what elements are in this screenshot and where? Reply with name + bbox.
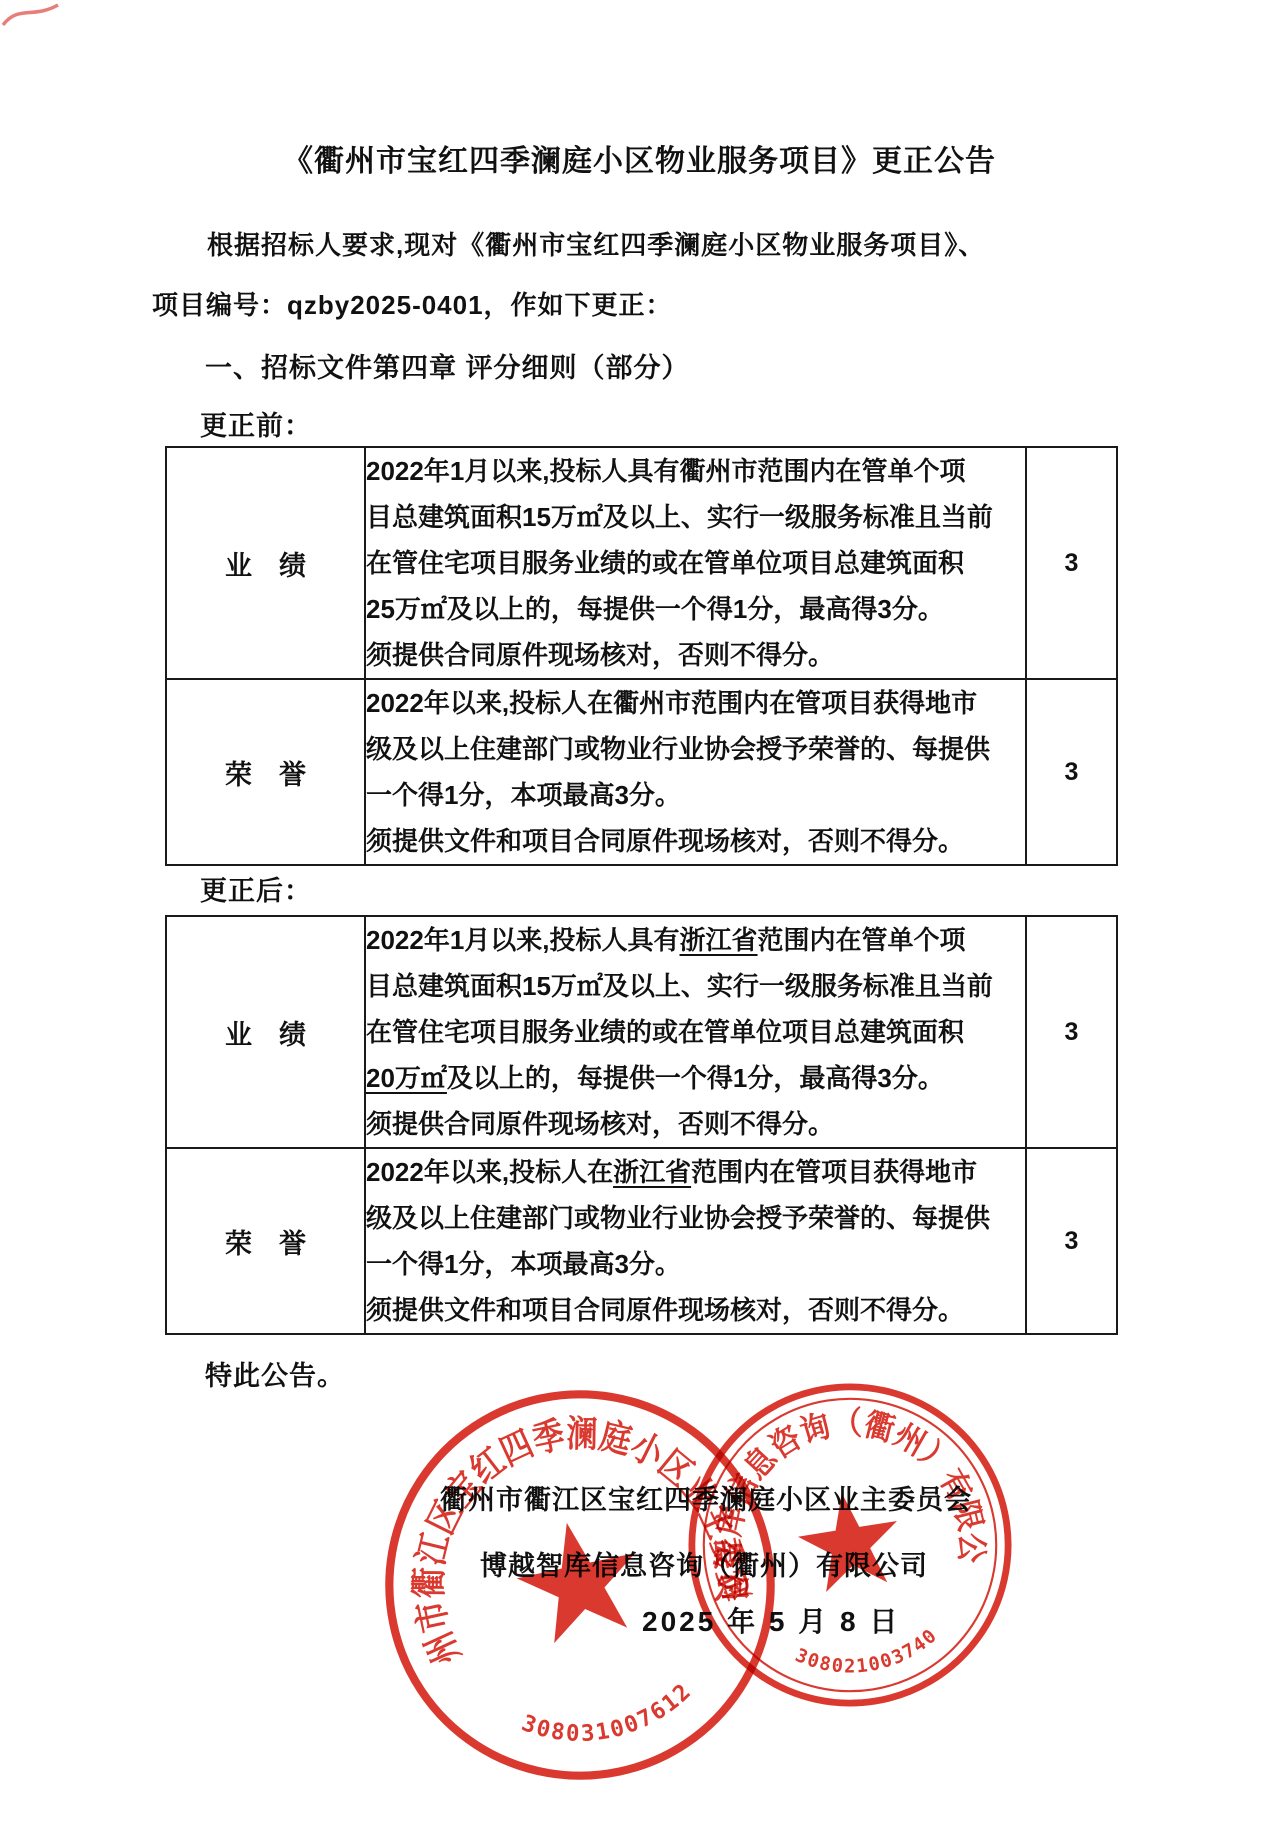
text-segment: 在管住宅项目服务业绩的或在管单位项目总建筑面积 [366,1017,964,1047]
criterion-text-line: 一个得1分，本项最高3分。 [366,1241,1025,1287]
criterion-text-line: 2022年1月以来,投标人具有浙江省范围内在管单个项 [366,917,1025,963]
criterion-text-line: 2022年1月以来,投标人具有衢州市范围内在管单个项 [366,448,1025,494]
text-segment: 须提供合同原件现场核对，否则不得分。 [366,1109,834,1139]
official-stamp-consulting-company: 博越智库信息咨询（衢州）有限公司 33080210037404 [655,1350,1044,1739]
revised-text-segment: 20万㎡ [366,1063,447,1093]
scan-artifact-mark [0,0,62,32]
star-icon [508,1510,650,1648]
criterion-text-line: 级及以上住建部门或物业行业协会授予荣誉的、每提供 [366,1195,1025,1241]
criterion-label-cell: 业 绩 [166,916,365,1148]
star-icon [792,1485,906,1595]
section-heading: 一、招标文件第四章 评分细则（部分） [205,346,690,385]
text-segment: 25万㎡及以上的，每提供一个得1分，最高得3分。 [366,594,944,624]
text-segment: 2022年以来,投标人在 [366,1157,613,1187]
criterion-content-cell: 2022年以来,投标人在衢州市范围内在管项目获得地市级及以上住建部门或物业行业协… [365,679,1026,865]
criterion-text-line: 目总建筑面积15万㎡及以上、实行一级服务标准且当前 [366,494,1025,540]
after-label: 更正后： [200,869,312,908]
text-segment: 目总建筑面积15万㎡及以上、实行一级服务标准且当前 [366,502,993,532]
document-page: 《衢州市宝红四季澜庭小区物业服务项目》更正公告 根据招标人要求,现对《衢州市宝红… [0,0,1279,1827]
text-segment: 一个得1分，本项最高3分。 [366,780,681,810]
text-segment: 须提供合同原件现场核对，否则不得分。 [366,640,834,670]
after-correction-table: 业 绩2022年1月以来,投标人具有浙江省范围内在管单个项目总建筑面积15万㎡及… [165,915,1118,1335]
revised-text-segment: 浙江省 [680,925,758,955]
text-segment: 在管住宅项目服务业绩的或在管单位项目总建筑面积 [366,548,964,578]
criterion-label-cell: 业 绩 [166,447,365,679]
text-segment: 须提供文件和项目合同原件现场核对，否则不得分。 [366,826,964,856]
closing-statement: 特此公告。 [205,1354,345,1393]
text-segment: 一个得1分，本项最高3分。 [366,1249,681,1279]
table-row: 业 绩2022年1月以来,投标人具有衢州市范围内在管单个项目总建筑面积15万㎡及… [166,447,1117,679]
before-label: 更正前： [200,404,312,443]
criterion-content-cell: 2022年1月以来,投标人具有衢州市范围内在管单个项目总建筑面积15万㎡及以上、… [365,447,1026,679]
text-segment: 范围内在管单个项 [758,925,966,955]
text-segment: 2022年1月以来,投标人具有衢州市范围内在管单个项 [366,456,966,486]
criterion-text-line: 一个得1分，本项最高3分。 [366,772,1025,818]
criterion-label-cell: 荣 誉 [166,1148,365,1334]
criterion-text-line: 25万㎡及以上的，每提供一个得1分，最高得3分。 [366,586,1025,632]
score-cell: 3 [1026,1148,1117,1334]
criterion-content-cell: 2022年1月以来,投标人具有浙江省范围内在管单个项目总建筑面积15万㎡及以上、… [365,916,1026,1148]
criterion-content-cell: 2022年以来,投标人在浙江省范围内在管项目获得地市级及以上住建部门或物业行业协… [365,1148,1026,1334]
score-cell: 3 [1026,447,1117,679]
criterion-text-line: 2022年以来,投标人在衢州市范围内在管项目获得地市 [366,680,1025,726]
text-segment: 须提供文件和项目合同原件现场核对，否则不得分。 [366,1295,964,1325]
text-segment: 2022年以来,投标人在衢州市范围内在管项目获得地市 [366,688,977,718]
table-row: 荣 誉2022年以来,投标人在浙江省范围内在管项目获得地市级及以上住建部门或物业… [166,1148,1117,1334]
criterion-text-line: 2022年以来,投标人在浙江省范围内在管项目获得地市 [366,1149,1025,1195]
score-cell: 3 [1026,679,1117,865]
stamp-code: 33080210037404 [655,1350,945,1703]
criterion-text-line: 20万㎡及以上的，每提供一个得1分，最高得3分。 [366,1055,1025,1101]
criterion-text-line: 须提供合同原件现场核对，否则不得分。 [366,632,1025,678]
text-segment: 级及以上住建部门或物业行业协会授予荣誉的、每提供 [366,734,990,764]
revised-text-segment: 浙江省 [613,1157,691,1187]
text-segment: 级及以上住建部门或物业行业协会授予荣誉的、每提供 [366,1203,990,1233]
criterion-text-line: 在管住宅项目服务业绩的或在管单位项目总建筑面积 [366,1009,1025,1055]
criterion-text-line: 目总建筑面积15万㎡及以上、实行一级服务标准且当前 [366,963,1025,1009]
table-row: 业 绩2022年1月以来,投标人具有浙江省范围内在管单个项目总建筑面积15万㎡及… [166,916,1117,1148]
page-title: 《衢州市宝红四季澜庭小区物业服务项目》更正公告 [0,136,1279,180]
criterion-text-line: 级及以上住建部门或物业行业协会授予荣誉的、每提供 [366,726,1025,772]
text-segment: 目总建筑面积15万㎡及以上、实行一级服务标准且当前 [366,971,993,1001]
score-cell: 3 [1026,916,1117,1148]
criterion-text-line: 须提供文件和项目合同原件现场核对，否则不得分。 [366,818,1025,864]
intro-line-2: 项目编号：qzby2025-0401，作如下更正： [152,285,673,322]
text-segment: 范围内在管项目获得地市 [691,1157,977,1187]
text-segment: 2022年1月以来,投标人具有 [366,925,680,955]
criterion-text-line: 须提供文件和项目合同原件现场核对，否则不得分。 [366,1287,1025,1333]
before-correction-table: 业 绩2022年1月以来,投标人具有衢州市范围内在管单个项目总建筑面积15万㎡及… [165,446,1118,866]
criterion-text-line: 在管住宅项目服务业绩的或在管单位项目总建筑面积 [366,540,1025,586]
table-row: 荣 誉2022年以来,投标人在衢州市范围内在管项目获得地市级及以上住建部门或物业… [166,679,1117,865]
text-segment: 及以上的，每提供一个得1分，最高得3分。 [447,1063,944,1093]
criterion-label-cell: 荣 誉 [166,679,365,865]
criterion-text-line: 须提供合同原件现场核对，否则不得分。 [366,1101,1025,1147]
intro-line-1: 根据招标人要求,现对《衢州市宝红四季澜庭小区物业服务项目》、 [207,225,985,262]
